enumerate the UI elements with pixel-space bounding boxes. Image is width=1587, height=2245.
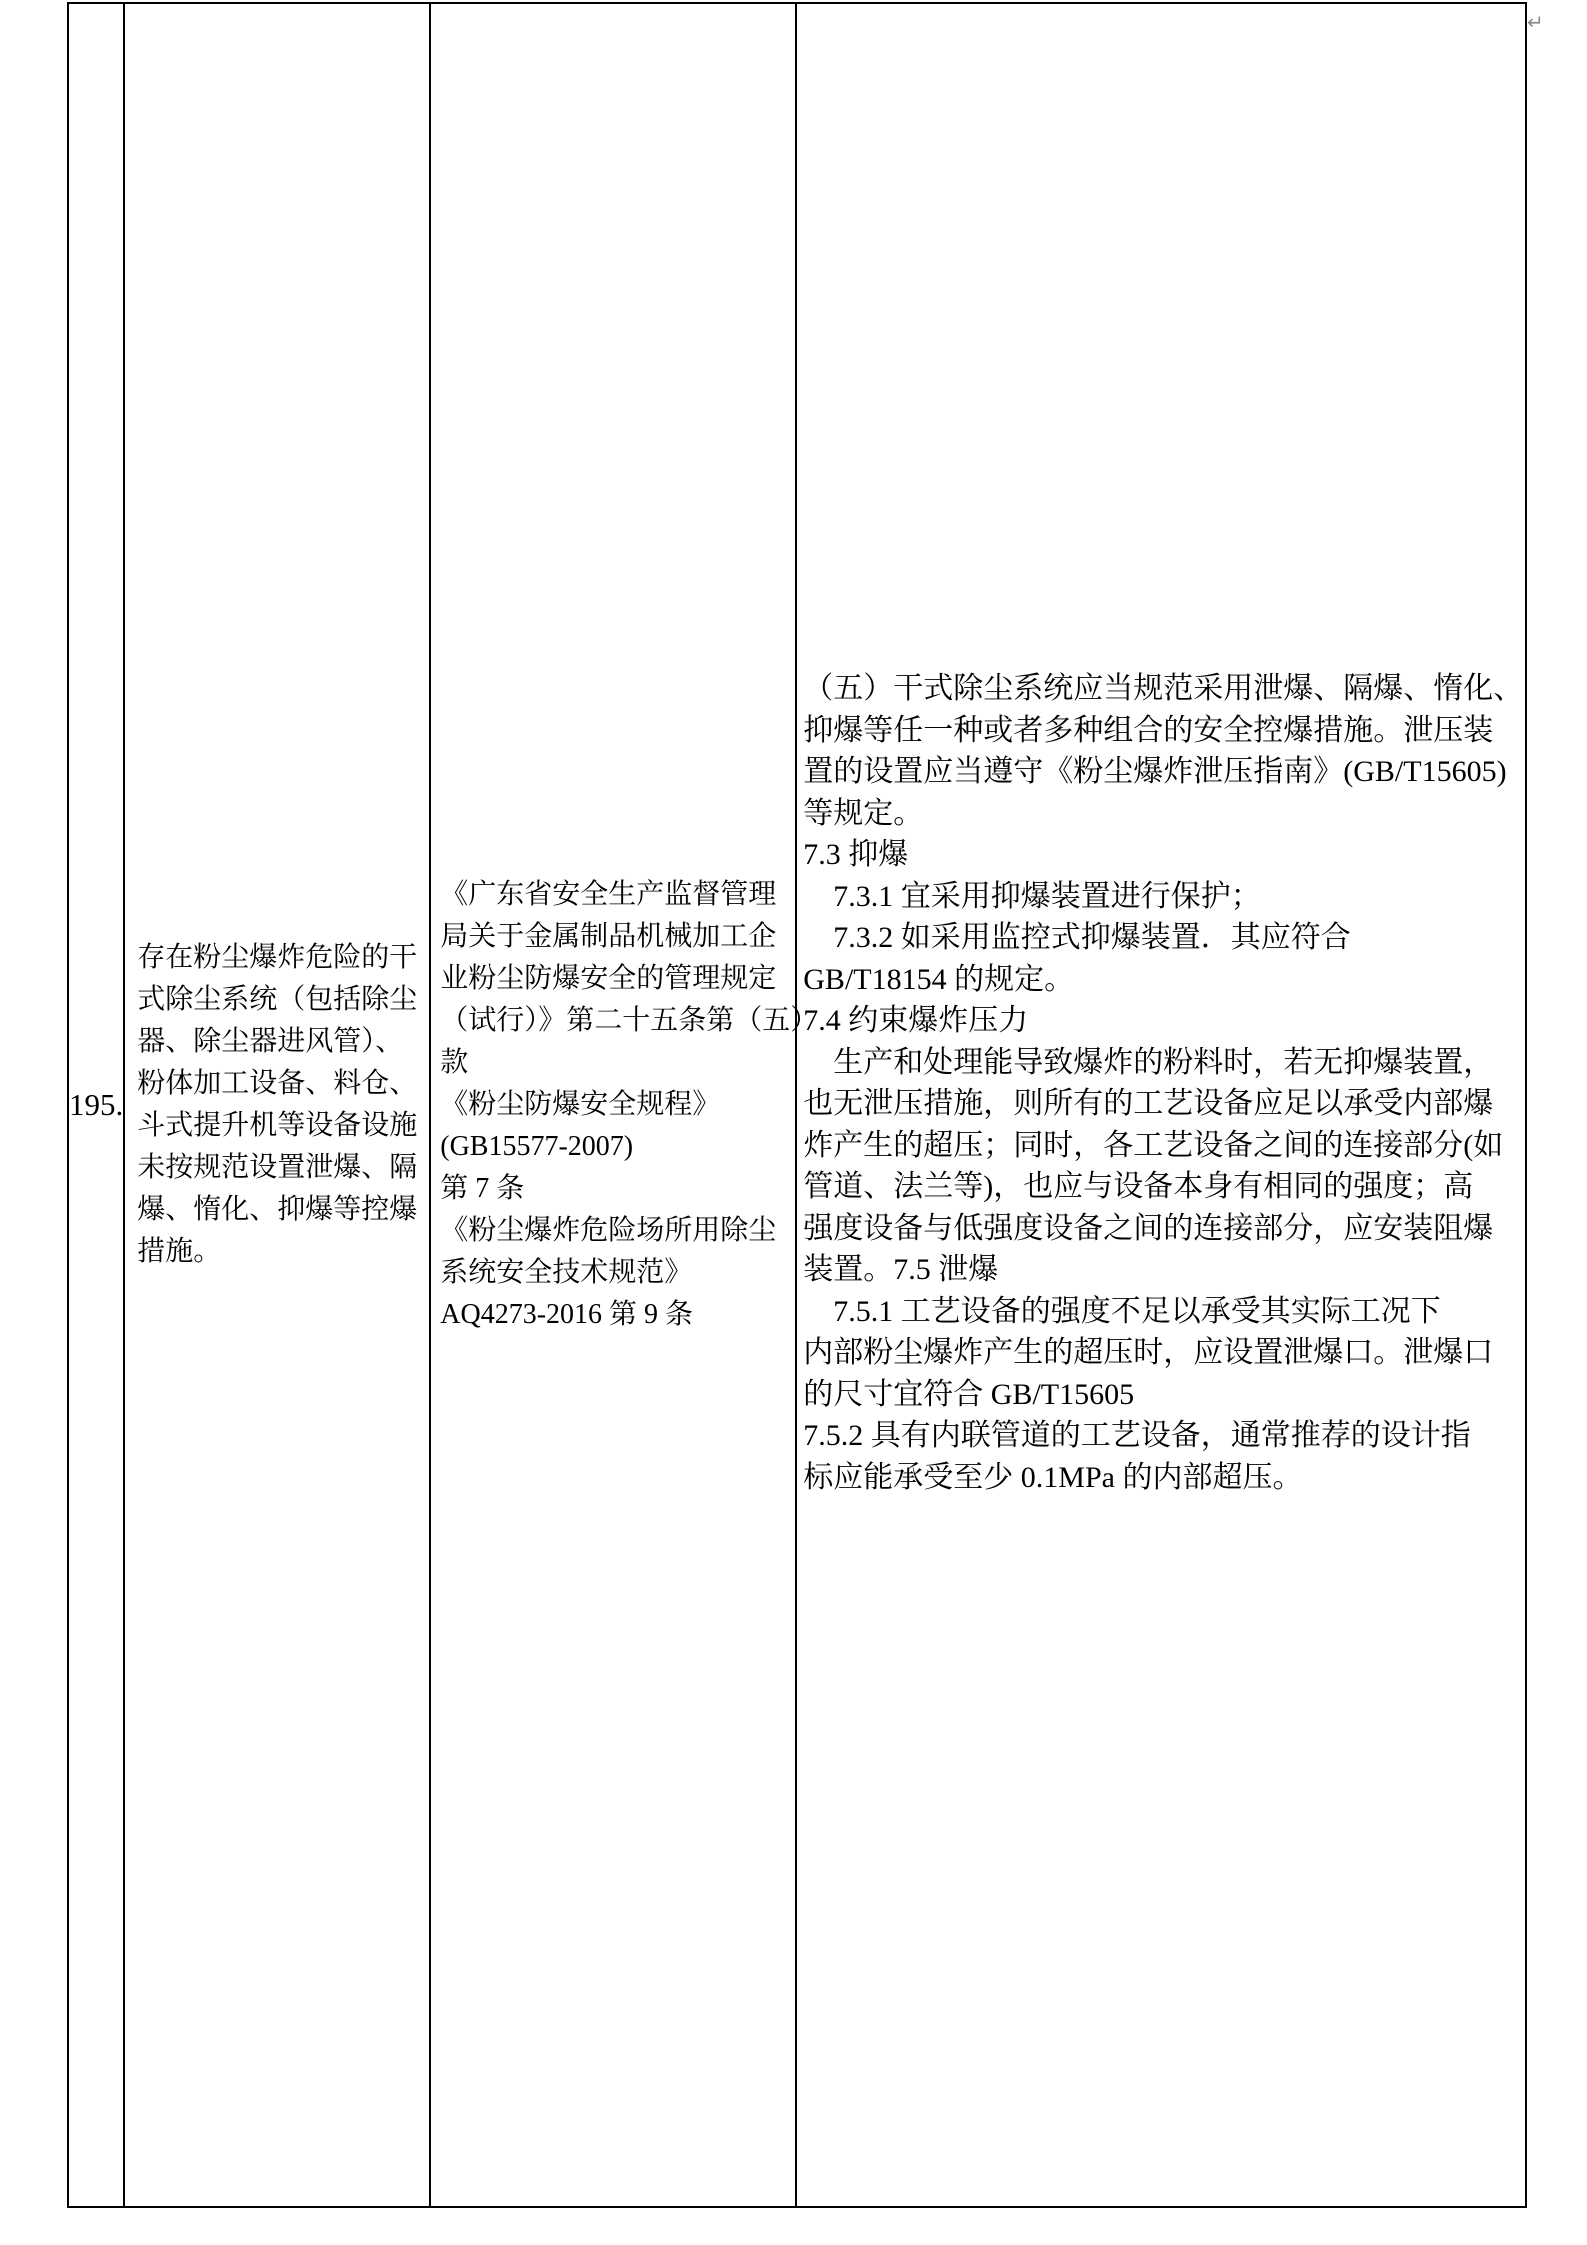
text-line: （五）干式除尘系统应当规范采用泄爆、隔爆、惰化、 [803, 668, 1523, 710]
text-line: 装置。7.5 泄爆 [803, 1249, 1523, 1291]
text-line: 的尺寸宜符合 GB/T15605 [803, 1374, 1523, 1416]
text-line: 生产和处理能导致爆炸的粉料时，若无抑爆装置， [803, 1042, 1523, 1084]
text-line: 标应能承受至少 0.1MPa 的内部超压。 [803, 1457, 1523, 1499]
text-line: 7.3 抑爆 [803, 834, 1523, 876]
text-line: 强度设备与低强度设备之间的连接部分，应安装阻爆 [803, 1208, 1523, 1250]
text-line: 置的设置应当遵守《粉尘爆炸泄压指南》(GB/T15605) [803, 751, 1523, 793]
text-line: 措施。 [137, 1231, 417, 1273]
text-line: 《粉尘爆炸危险场所用除尘 [440, 1210, 786, 1252]
text-line: 款 [440, 1042, 786, 1084]
text-line: 斗式提升机等设备设施 [137, 1105, 417, 1147]
legal-basis-text: 《广东省安全生产监督管理局关于金属制品机械加工企业粉尘防爆安全的管理规定（试行）… [440, 874, 786, 1336]
text-line: 管道、法兰等)，也应与设备本身有相同的强度；高 [803, 1166, 1523, 1208]
text-line: （试行）》第二十五条第（五） [440, 1000, 786, 1042]
text-line: 未按规范设置泄爆、隔 [137, 1147, 417, 1189]
text-line: 7.3.1 宜采用抑爆装置进行保护； [803, 876, 1523, 918]
requirements-text: （五）干式除尘系统应当规范采用泄爆、隔爆、惰化、抑爆等任一种或者多种组合的安全控… [803, 668, 1523, 1498]
legal-basis-cell: 《广东省安全生产监督管理局关于金属制品机械加工企业粉尘防爆安全的管理规定（试行）… [431, 4, 797, 2206]
hazard-description-text: 存在粉尘爆炸危险的干式除尘系统（包括除尘器、除尘器进风管）、粉体加工设备、料仓、… [137, 937, 417, 1273]
text-line: 第 7 条 [440, 1168, 786, 1210]
row-number-cell: 195. [69, 4, 125, 2206]
regulation-table: 195. 存在粉尘爆炸危险的干式除尘系统（包括除尘器、除尘器进风管）、粉体加工设… [67, 2, 1527, 2208]
text-line: 内部粉尘爆炸产生的超压时，应设置泄爆口。泄爆口 [803, 1332, 1523, 1374]
text-line: 《粉尘防爆安全规程》 [440, 1084, 786, 1126]
text-line: 《广东省安全生产监督管理 [440, 874, 786, 916]
text-line: 炸产生的超压；同时，各工艺设备之间的连接部分(如 [803, 1125, 1523, 1167]
text-line: 等规定。 [803, 793, 1523, 835]
text-line: AQ4273-2016 第 9 条 [440, 1294, 786, 1336]
document-page: ↵ 195. 存在粉尘爆炸危险的干式除尘系统（包括除尘器、除尘器进风管）、粉体加… [0, 0, 1587, 2245]
text-line: 粉体加工设备、料仓、 [137, 1063, 417, 1105]
text-line: 局关于金属制品机械加工企 [440, 916, 786, 958]
hazard-description-cell: 存在粉尘爆炸危险的干式除尘系统（包括除尘器、除尘器进风管）、粉体加工设备、料仓、… [125, 4, 431, 2206]
requirements-cell: （五）干式除尘系统应当规范采用泄爆、隔爆、惰化、抑爆等任一种或者多种组合的安全控… [797, 4, 1529, 2206]
text-line: 业粉尘防爆安全的管理规定 [440, 958, 786, 1000]
text-line: 系统安全技术规范》 [440, 1252, 786, 1294]
text-line: 爆、惰化、抑爆等控爆 [137, 1189, 417, 1231]
text-line: (GB15577-2007) [440, 1126, 786, 1168]
text-line: 7.5.2 具有内联管道的工艺设备，通常推荐的设计指 [803, 1415, 1523, 1457]
row-number: 195. [69, 1087, 123, 1123]
text-line: 式除尘系统（包括除尘 [137, 979, 417, 1021]
text-line: 器、除尘器进风管）、 [137, 1021, 417, 1063]
text-line: 7.4 约束爆炸压力 [803, 1000, 1523, 1042]
text-line: GB/T18154 的规定。 [803, 959, 1523, 1001]
text-line: 7.3.2 如采用监控式抑爆装置．其应符合 [803, 917, 1523, 959]
line-break-mark: ↵ [1527, 10, 1544, 34]
text-line: 7.5.1 工艺设备的强度不足以承受其实际工况下 [803, 1291, 1523, 1333]
text-line: 也无泄压措施，则所有的工艺设备应足以承受内部爆 [803, 1083, 1523, 1125]
text-line: 存在粉尘爆炸危险的干 [137, 937, 417, 979]
text-line: 抑爆等任一种或者多种组合的安全控爆措施。泄压装 [803, 710, 1523, 752]
